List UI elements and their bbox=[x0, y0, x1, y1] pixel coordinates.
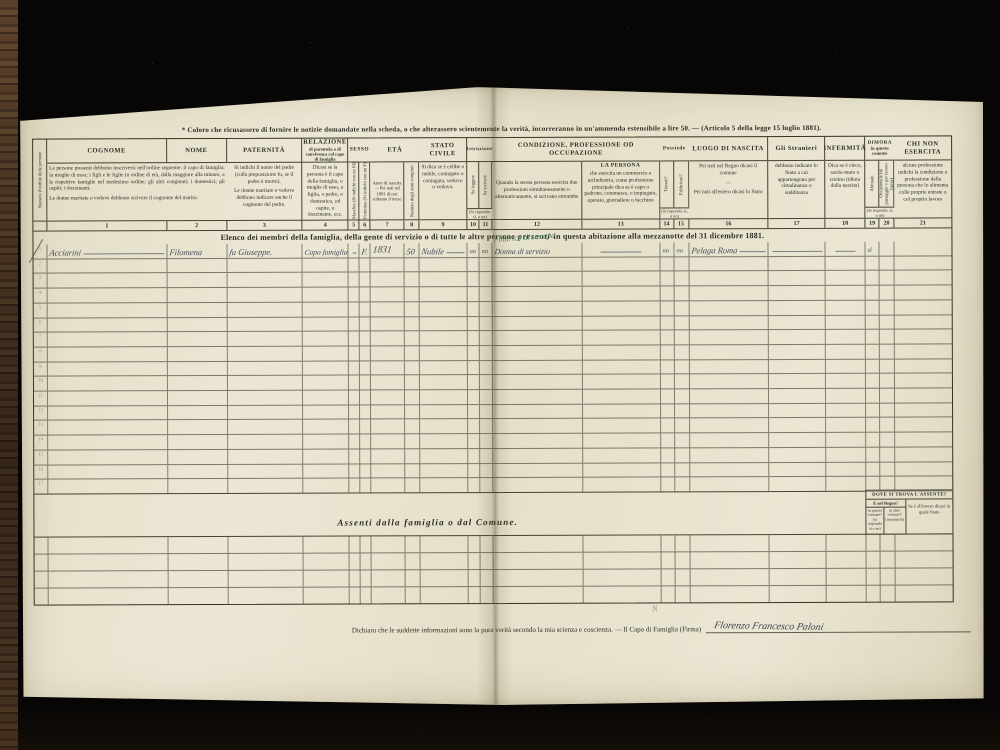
grid-cell bbox=[690, 552, 770, 568]
col-paternita-title: PATERNITÀ bbox=[227, 139, 302, 163]
grid-cell bbox=[493, 404, 583, 418]
grid-cell bbox=[468, 478, 480, 492]
col-num-18: 18 bbox=[826, 218, 865, 228]
grid-cell bbox=[168, 406, 228, 420]
grid-cell bbox=[881, 552, 896, 568]
grid-cell bbox=[880, 403, 895, 417]
rule-tail bbox=[446, 252, 464, 253]
grid-cell bbox=[674, 360, 689, 374]
grid-cell bbox=[48, 465, 168, 479]
hw-sesso: F. bbox=[361, 248, 368, 257]
grid-cell bbox=[583, 552, 661, 568]
grid-cell bbox=[303, 361, 349, 375]
col-num-19: 19 bbox=[866, 219, 880, 228]
grid-cell bbox=[826, 256, 866, 270]
grid-cell bbox=[661, 434, 675, 448]
grid-cell bbox=[303, 302, 349, 316]
grid-cell bbox=[420, 449, 468, 463]
grid-cell bbox=[48, 288, 168, 302]
grid-cell bbox=[481, 570, 494, 586]
luogo-desc-1: Pei nati nel Regno dicasi il comune bbox=[691, 163, 766, 177]
grid-cell bbox=[468, 405, 480, 419]
grid-cell bbox=[770, 569, 827, 585]
grid-cell bbox=[674, 331, 689, 345]
grid-cell bbox=[770, 586, 827, 602]
hw-cognome: Acciarini bbox=[49, 249, 82, 258]
grid-cell bbox=[674, 286, 689, 300]
grid-cell bbox=[826, 286, 866, 300]
grid-cell bbox=[480, 317, 493, 331]
grid-cell bbox=[371, 420, 405, 434]
grid-cell bbox=[349, 420, 360, 434]
col-possiede-title: Possiede bbox=[660, 137, 689, 161]
grid-cell bbox=[227, 317, 303, 331]
grid-cell bbox=[167, 259, 227, 273]
dove-altro-comune: in altro comune? (nominarlo) bbox=[884, 508, 905, 534]
pencil-mark: N bbox=[651, 603, 658, 614]
grid-cell bbox=[303, 405, 349, 419]
entry-la-persona bbox=[582, 242, 660, 256]
grid-cell bbox=[360, 346, 371, 360]
grid-cell bbox=[371, 376, 405, 390]
grid-cell bbox=[304, 449, 350, 463]
grid-cell bbox=[826, 315, 866, 329]
grid-cell bbox=[349, 391, 360, 405]
rule-tail bbox=[353, 252, 357, 253]
grid-cell bbox=[769, 374, 826, 388]
col-eta: ETÀ Anno di nascita — Pei nati nel 1881 … bbox=[370, 138, 419, 229]
grid-cell bbox=[689, 360, 769, 374]
col-chi-desc: alcuna professione indichi la condizione… bbox=[894, 160, 951, 217]
grid-cell bbox=[880, 271, 895, 285]
grid-cell bbox=[303, 420, 349, 434]
grid-cell bbox=[469, 570, 481, 586]
grid-cell bbox=[371, 332, 405, 346]
dust-specks bbox=[0, 0, 1, 1]
grid-cell bbox=[350, 536, 361, 552]
row-number: 5 bbox=[34, 303, 47, 310]
entry-anno-nascita: 1831 bbox=[371, 243, 405, 257]
dove-title: DOVE SI TROVA L'ASSENTE? bbox=[866, 490, 952, 499]
col-paternita: PATERNITÀ Si indichi il nome del padre (… bbox=[227, 139, 303, 230]
grid-cell bbox=[675, 404, 690, 418]
grid-cell bbox=[480, 287, 493, 301]
grid-cell bbox=[48, 332, 168, 346]
grid-cell bbox=[493, 434, 583, 448]
entry-luogo-nascita: Pelaga Roma bbox=[689, 242, 769, 256]
grid-cell bbox=[468, 434, 480, 448]
grid-cell bbox=[690, 448, 770, 462]
grid-cell bbox=[690, 433, 770, 447]
grid-cell bbox=[371, 390, 405, 404]
grid-cell bbox=[168, 420, 228, 434]
col-dimora-subtitle: in questo comune bbox=[866, 146, 893, 156]
grid-cell bbox=[880, 256, 895, 270]
grid-cell bbox=[405, 361, 420, 375]
grid-cell bbox=[48, 391, 168, 405]
grid-cell bbox=[360, 449, 371, 463]
grid-cell bbox=[895, 330, 952, 344]
col-num-9: 9 bbox=[420, 219, 467, 229]
grid-cell bbox=[827, 535, 867, 551]
grid-cell bbox=[583, 478, 661, 492]
hw-anni: 50 bbox=[406, 248, 416, 257]
grid-cell bbox=[583, 375, 661, 389]
grid-cell bbox=[675, 419, 690, 433]
grid-cell bbox=[493, 331, 583, 345]
grid-cell bbox=[480, 272, 493, 286]
grid-cell bbox=[360, 420, 371, 434]
grid-cell bbox=[168, 376, 228, 390]
hw-anno: 1831 bbox=[372, 247, 392, 257]
grid-cell bbox=[880, 374, 895, 388]
grid-cell bbox=[661, 419, 675, 433]
grid-cell bbox=[167, 273, 227, 287]
grid-cell bbox=[480, 419, 493, 433]
col-num-6: 6 bbox=[360, 220, 371, 229]
grid-cell bbox=[826, 448, 866, 462]
grid-cell bbox=[361, 553, 372, 569]
grid-cell bbox=[167, 332, 227, 346]
grid-cell bbox=[371, 405, 405, 419]
grid-cell bbox=[168, 537, 228, 553]
grid-cell bbox=[660, 257, 674, 271]
grid-cell bbox=[896, 551, 953, 567]
grid-cell bbox=[421, 587, 469, 603]
grid-cell: 9 bbox=[34, 362, 48, 376]
col-num-2: 2 bbox=[167, 221, 227, 230]
col-nome-title: NOME bbox=[167, 139, 227, 162]
grid-cell bbox=[583, 569, 661, 585]
grid-cell bbox=[371, 449, 405, 463]
grid-cell bbox=[350, 553, 361, 569]
census-sheet: * Coloro che ricusassero di fornire le n… bbox=[20, 85, 985, 706]
grid-cell bbox=[675, 552, 690, 568]
row-number: 17 bbox=[34, 480, 47, 487]
grid-cell bbox=[35, 589, 49, 605]
dove-regno-col: È nel Regno? in questo comune? (si rispo… bbox=[866, 500, 906, 534]
grid-cell bbox=[227, 303, 303, 317]
grid-cell bbox=[420, 258, 468, 272]
cognome-desc-1: Le persone presenti debbono inscriversi … bbox=[49, 165, 225, 193]
grid-cell bbox=[493, 390, 583, 404]
grid-cell bbox=[583, 419, 661, 433]
grid-cell bbox=[895, 300, 952, 314]
grid-cell bbox=[468, 375, 480, 389]
grid-cell bbox=[349, 302, 360, 316]
grid-cell bbox=[420, 361, 468, 375]
census-grid: 1 Acciarini Filomena fu Giuseppe. Capo f… bbox=[33, 241, 952, 494]
grid-cell bbox=[304, 571, 350, 587]
grid-cell bbox=[769, 359, 826, 373]
grid-cell: 13 bbox=[34, 421, 48, 435]
grid-cell bbox=[769, 315, 826, 329]
grid-cell bbox=[881, 569, 896, 585]
dove-regno-label: È nel Regno? bbox=[866, 500, 905, 508]
header-row: Numero d'ordine delle persone COGNOME NO… bbox=[33, 136, 951, 231]
grid-cell bbox=[480, 478, 493, 492]
grid-cell bbox=[405, 405, 420, 419]
grid-cell bbox=[826, 330, 866, 344]
col-sesso-f-label: Femmina (Si indichi con un F) bbox=[362, 163, 367, 220]
col-num-12: 12 bbox=[492, 219, 581, 229]
grid-cell: 10 bbox=[34, 377, 48, 391]
row-number: 3 bbox=[34, 274, 47, 281]
row-number: 15 bbox=[34, 450, 47, 457]
grid-cell bbox=[675, 389, 690, 403]
grid-cell bbox=[881, 535, 896, 551]
entry-sesso-m bbox=[349, 243, 360, 257]
grid-cell bbox=[826, 433, 866, 447]
grid-cell bbox=[420, 434, 468, 448]
grid-cell bbox=[493, 360, 583, 374]
grid-cell bbox=[228, 420, 304, 434]
grid-cell bbox=[867, 586, 881, 602]
grid-cell bbox=[689, 316, 769, 330]
grid-cell bbox=[690, 477, 770, 491]
grid-cell bbox=[371, 346, 405, 360]
grid-cell bbox=[583, 434, 661, 448]
grid-cell bbox=[661, 586, 675, 602]
col-istruzione: Istruzione Sa leggere Sa scrivere (Si ri… bbox=[467, 138, 492, 229]
grid-cell bbox=[421, 570, 469, 586]
grid-cell bbox=[690, 569, 770, 585]
grid-cell bbox=[866, 433, 880, 447]
grid-cell bbox=[47, 259, 167, 273]
grid-cell bbox=[583, 404, 661, 418]
col-cognome-nome: COGNOME NOME Le persone presenti debbono… bbox=[47, 139, 227, 231]
grid-cell bbox=[675, 463, 690, 477]
col-num-5: 5 bbox=[349, 220, 360, 229]
grid-cell bbox=[674, 257, 689, 271]
grid-cell bbox=[405, 420, 420, 434]
grid-cell bbox=[360, 258, 371, 272]
grid-cell bbox=[770, 535, 827, 551]
entry-paternita: fu Giuseppe. bbox=[227, 244, 303, 258]
grid-cell bbox=[769, 301, 826, 315]
grid-cell bbox=[406, 570, 421, 586]
grid-cell bbox=[468, 346, 480, 360]
col-istruzione-title: Istruzione bbox=[467, 138, 492, 162]
grid-cell bbox=[480, 375, 493, 389]
luogo-desc-dash: — bbox=[691, 180, 766, 187]
grid-cell bbox=[227, 258, 303, 272]
grid-cell bbox=[660, 331, 674, 345]
grid-cell bbox=[826, 345, 866, 359]
entry-cognome: Acciarini bbox=[47, 244, 167, 258]
grid-cell bbox=[361, 479, 372, 493]
grid-cell: 3 bbox=[34, 274, 48, 288]
grid-cell bbox=[896, 568, 953, 584]
grid-cell bbox=[168, 465, 228, 479]
grid-cell bbox=[228, 435, 304, 449]
grid-cell bbox=[349, 288, 360, 302]
grid-cell bbox=[689, 257, 769, 271]
census-table: Numero d'ordine delle persone COGNOME NO… bbox=[32, 135, 954, 605]
col-luogo-desc: Pei nati nel Regno dicasi il comune — Pe… bbox=[689, 161, 768, 218]
grid-cell bbox=[468, 449, 480, 463]
grid-cell bbox=[304, 554, 350, 570]
grid-cell bbox=[769, 286, 826, 300]
col-eta-anni-label: Numero degli anni compiuti bbox=[409, 165, 414, 217]
grid-cell bbox=[360, 361, 371, 375]
declaration-text: Dichiaro che le suddette informazioni so… bbox=[352, 625, 701, 634]
grid-cell bbox=[895, 374, 952, 388]
col-eta-anno-label: Anno di nascita — Pei nati nel 1881 dica… bbox=[370, 162, 404, 219]
grid-cell bbox=[48, 537, 168, 553]
grid-cell bbox=[48, 274, 168, 288]
entry-nome: Filomena bbox=[167, 244, 227, 258]
luogo-desc-2: Pei nati all'estero dicasi lo Stato bbox=[691, 189, 766, 196]
grid-cell bbox=[480, 434, 493, 448]
col-stranieri-desc: debbono indicare lo Stato a cui apparten… bbox=[769, 161, 825, 218]
grid-cell bbox=[690, 463, 770, 477]
grid-cell bbox=[769, 418, 826, 432]
grid-cell bbox=[360, 435, 371, 449]
grid-cell bbox=[493, 375, 583, 389]
col-num-13: 13 bbox=[582, 218, 659, 228]
hw-stato: Nubile bbox=[421, 247, 445, 256]
dove-estero: Se è all'estero dicasi in quale Stato bbox=[906, 499, 953, 533]
grid-cell bbox=[661, 389, 675, 403]
grid-cell bbox=[827, 477, 867, 491]
grid-cell bbox=[493, 449, 583, 463]
grid-cell bbox=[583, 586, 661, 602]
assenti-grid bbox=[34, 533, 952, 604]
col-sa-leggere-label: Sa leggere bbox=[470, 175, 475, 194]
entry-relazione: Capo famiglia bbox=[303, 244, 349, 258]
grid-cell bbox=[480, 331, 493, 345]
grid-cell bbox=[895, 462, 952, 476]
grid-cell bbox=[420, 302, 468, 316]
grid-cell bbox=[826, 403, 866, 417]
grid-cell bbox=[405, 287, 420, 301]
grid-cell bbox=[866, 359, 880, 373]
grid-cell bbox=[583, 535, 661, 551]
grid-cell bbox=[895, 433, 952, 447]
col-num-7: 7 bbox=[371, 220, 405, 229]
entry-chi-non-esercita bbox=[895, 241, 952, 255]
grid-cell bbox=[675, 375, 690, 389]
signature: Florenzo Francesco Paloni bbox=[713, 621, 824, 633]
row-number: 9 bbox=[34, 362, 47, 369]
grid-cell: 4 bbox=[34, 289, 48, 303]
grid-cell bbox=[168, 571, 228, 587]
hw-luogo: Pelaga Roma bbox=[691, 246, 738, 255]
col-num-14: 14 bbox=[660, 219, 674, 228]
grid-cell bbox=[660, 287, 674, 301]
grid-cell bbox=[660, 272, 674, 286]
grid-cell bbox=[895, 271, 952, 285]
rule-tail bbox=[739, 251, 766, 252]
hw-relazione: Capo famiglia bbox=[304, 249, 348, 257]
grid-cell bbox=[867, 535, 881, 551]
col-istruzione-nota: (Si risponda: sì, o no) bbox=[467, 208, 492, 219]
entry-terreni: no bbox=[660, 242, 674, 256]
grid-cell bbox=[35, 555, 49, 571]
grid-cell bbox=[827, 569, 867, 585]
row-number: 8 bbox=[34, 348, 47, 355]
grid-cell bbox=[880, 300, 895, 314]
hw-nome: Filomena bbox=[169, 248, 203, 257]
col-condizione-desc: Quando la stessa persona esercita due pr… bbox=[492, 162, 581, 219]
grid-cell bbox=[304, 435, 350, 449]
grid-cell bbox=[826, 359, 866, 373]
grid-cell bbox=[826, 271, 866, 285]
row-number: 10 bbox=[34, 377, 47, 384]
grid-cell bbox=[167, 288, 227, 302]
col-occasionale-label: Occasionale (di passaggio o per lavoro b… bbox=[879, 161, 894, 207]
grid-cell bbox=[493, 287, 583, 301]
grid-cell bbox=[405, 258, 420, 272]
grid-cell bbox=[372, 536, 406, 552]
grid-cell bbox=[360, 390, 371, 404]
grid-cell bbox=[405, 449, 420, 463]
grid-cell bbox=[361, 570, 372, 586]
entry-professione: Filatrice di canapa Donna di servizio bbox=[493, 243, 583, 257]
col-num-3: 3 bbox=[227, 220, 302, 230]
grid-cell bbox=[168, 450, 228, 464]
grid-cell bbox=[895, 286, 952, 300]
row-number: 7 bbox=[34, 333, 47, 340]
grid-cell bbox=[420, 478, 468, 492]
grid-cell bbox=[349, 273, 360, 287]
grid-cell bbox=[866, 256, 880, 270]
grid-cell bbox=[895, 359, 952, 373]
grid-cell bbox=[361, 536, 372, 552]
signature-line: Florenzo Francesco Paloni bbox=[706, 620, 971, 633]
grid-cell bbox=[405, 464, 420, 478]
grid-cell bbox=[674, 272, 689, 286]
col-numero-ordine: Numero d'ordine delle persone bbox=[33, 140, 47, 231]
grid-cell bbox=[405, 376, 420, 390]
rule-tail bbox=[836, 250, 856, 251]
grid-cell bbox=[770, 477, 827, 491]
grid-cell bbox=[228, 405, 304, 419]
grid-cell bbox=[866, 330, 880, 344]
col-paternita-desc: Si indichi il nome del padre (colla prep… bbox=[227, 163, 302, 220]
grid-cell bbox=[228, 464, 304, 478]
grid-cell bbox=[360, 376, 371, 390]
grid-cell bbox=[372, 587, 406, 603]
col-sesso: SESSO Maschio (Si indichi con un M) Femm… bbox=[348, 138, 370, 229]
grid-cell bbox=[372, 464, 406, 478]
grid-cell bbox=[880, 477, 895, 491]
grid-cell bbox=[769, 389, 826, 403]
banner-post: in questa abitazione alla mezzanotte del… bbox=[554, 231, 765, 241]
grid-cell bbox=[583, 331, 661, 345]
grid-cell bbox=[420, 464, 468, 478]
col-cognome-title: COGNOME bbox=[47, 139, 167, 162]
grid-cell bbox=[405, 332, 420, 346]
grid-cell bbox=[303, 391, 349, 405]
col-fabbricati-label: Fabbricati? bbox=[678, 174, 683, 195]
entry-anni-compiuti: 50 bbox=[405, 243, 420, 257]
grid-cell bbox=[583, 389, 661, 403]
grid-cell bbox=[469, 536, 481, 552]
entry-sa-scrivere: no bbox=[480, 243, 493, 257]
grid-cell bbox=[689, 301, 769, 315]
hw-professione-pencil: Filatrice di canapa bbox=[493, 232, 555, 245]
col-terreni-label: Terreni? bbox=[664, 177, 669, 192]
grid-cell bbox=[228, 588, 304, 604]
grid-cell bbox=[895, 388, 952, 402]
wood-frame bbox=[0, 0, 18, 750]
grid-cell bbox=[481, 587, 494, 603]
grid-cell bbox=[866, 374, 880, 388]
grid-cell bbox=[167, 317, 227, 331]
col-sesso-m-label: Maschio (Si indichi con un M) bbox=[351, 163, 356, 220]
